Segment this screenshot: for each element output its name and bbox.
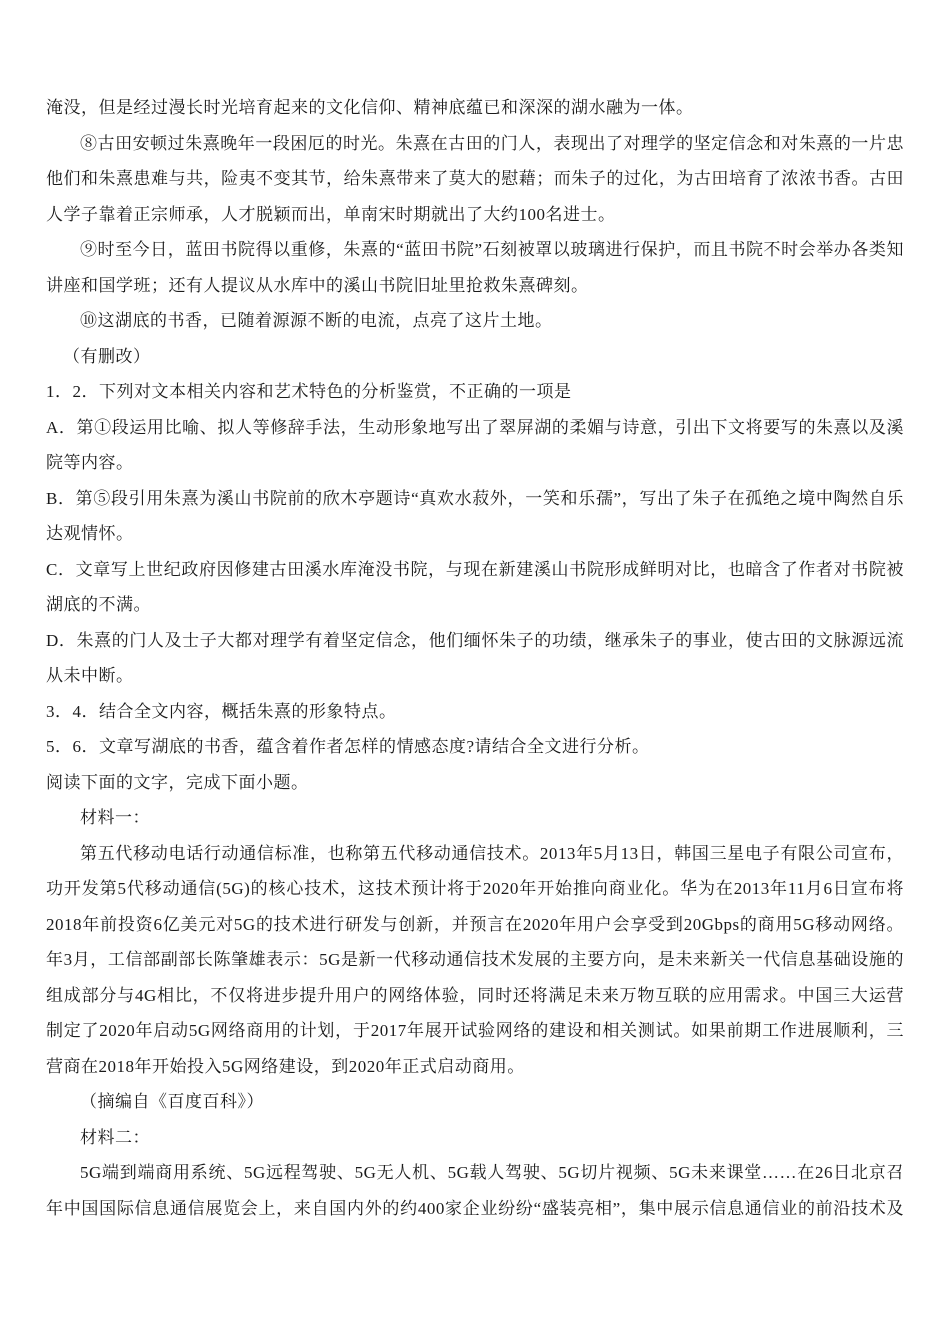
line-material-1-text: 组成部分与4G相比，不仅将进步提升用户的网络体验，同时还将满足未来万物互联的应用… xyxy=(46,978,904,1014)
line-material-1-text: 2018年前投资6亿美元对5G的技术进行研发与创新，并预言在2020年用户会享受… xyxy=(46,907,904,943)
line-question-5-6: 5．6．文章写湖底的书香，蕴含着作者怎样的情感态度?请结合全文进行分析。 xyxy=(46,729,904,765)
line-question-1-2-stem: 1．2．下列对文本相关内容和艺术特色的分析鉴赏，不正确的一项是 xyxy=(46,374,904,410)
line-reading-instruction: 阅读下面的文字，完成下面小题。 xyxy=(46,765,904,801)
line-material-1-text: 第五代移动电话行动通信标准，也称第五代移动通信技术。2013年5月13日，韩国三… xyxy=(46,836,904,872)
line-material-1-text: 功开发第5代移动通信(5G)的核心技术，这技术预计将于2020年开始推向商业化。… xyxy=(46,871,904,907)
line-passage-book-fragrance: ⑧古田安顿过朱熹晚年一段困厄的时光。朱熹在古田的门人，表现出了对理学的坚定信念和… xyxy=(46,126,904,162)
line-material-1-text: 营商在2018年开始投入5G网络建设，到2020年正式启动商用。 xyxy=(46,1049,904,1085)
line-option-A: 院等内容。 xyxy=(46,445,904,481)
line-passage-book-fragrance: 讲座和国学班；还有人提议从水库中的溪山书院旧址里抢救朱熹碑刻。 xyxy=(46,268,904,304)
line-passage-book-fragrance: 淹没，但是经过漫长时光培育起来的文化信仰、精神底蕴已和深深的湖水融为一体。 xyxy=(46,90,904,126)
line-passage-book-fragrance: 他们和朱熹患难与共，险夷不变其节，给朱熹带来了莫大的慰藉；而朱子的过化，为古田培… xyxy=(46,161,904,197)
line-passage-book-fragrance: 人学子靠着正宗师承，人才脱颖而出，单南宋时期就出了大约100名进士。 xyxy=(46,197,904,233)
line-passage-book-fragrance: ⑨时至今日，蓝田书院得以重修，朱熹的“蓝田书院”石刻被罩以玻璃进行保护，而且书院… xyxy=(46,232,904,268)
line-passage-book-fragrance: ⑩这湖底的书香，已随着源源不断的电流，点亮了这片土地。 xyxy=(46,303,904,339)
line-deletion-note: （有删改） xyxy=(46,339,904,375)
line-option-D: 从未中断。 xyxy=(46,658,904,694)
line-option-A: A．第①段运用比喻、拟人等修辞手法，生动形象地写出了翠屏湖的柔媚与诗意，引出下文… xyxy=(46,410,904,446)
line-question-3-4: 3．4．结合全文内容，概括朱熹的形象特点。 xyxy=(46,694,904,730)
line-material-1-label: 材料一： xyxy=(46,800,904,836)
line-material-2-label: 材料二： xyxy=(46,1120,904,1156)
line-option-C: C．文章写上世纪政府因修建古田溪水库淹没书院，与现在新建溪山书院形成鲜明对比，也… xyxy=(46,552,904,588)
line-option-B: B．第⑤段引用朱熹为溪山书院前的欣木亭题诗“真欢水菽外，一笑和乐孺”，写出了朱子… xyxy=(46,481,904,517)
line-material-1-text: 年3月，工信部副部长陈肇雄表示：5G是新一代移动通信技术发展的主要方向，是未来新… xyxy=(46,942,904,978)
line-option-D: D．朱熹的门人及士子大都对理学有着坚定信念，他们缅怀朱子的功绩，继承朱子的事业，… xyxy=(46,623,904,659)
line-material-2-text: 年中国国际信息通信展览会上，来自国内外的约400家企业纷纷“盛装亮相”，集中展示… xyxy=(46,1191,904,1227)
line-option-C: 湖底的不满。 xyxy=(46,587,904,623)
line-material-1-text: 制定了2020年启动5G网络商用的计划，于2017年展开试验网络的建设和相关测试… xyxy=(46,1013,904,1049)
line-material-2-text: 5G端到端商用系统、5G远程驾驶、5G无人机、5G载人驾驶、5G切片视频、5G未… xyxy=(46,1155,904,1191)
line-material-1-source: （摘编自《百度百科》） xyxy=(46,1084,904,1120)
line-option-B: 达观情怀。 xyxy=(46,516,904,552)
exam-page-content: 淹没，但是经过漫长时光培育起来的文化信仰、精神底蕴已和深深的湖水融为一体。⑧古田… xyxy=(46,90,904,1226)
exam-page: 淹没，但是经过漫长时光培育起来的文化信仰、精神底蕴已和深深的湖水融为一体。⑧古田… xyxy=(0,0,950,1344)
